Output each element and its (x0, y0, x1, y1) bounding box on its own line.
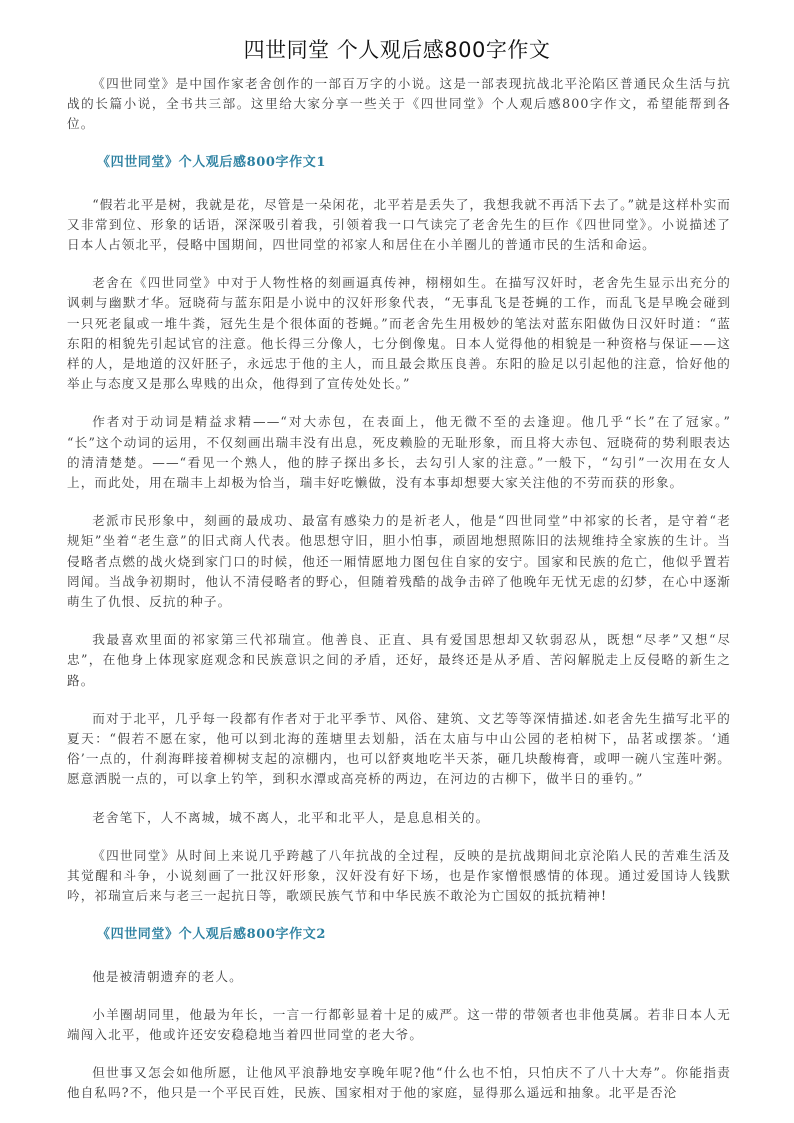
paragraph: 而对于北平，几乎每一段都有作者对于北平季节、风俗、建筑、文艺等等深情描述.如老舍… (67, 709, 731, 790)
document-body: 《四世同堂》是中国作家老舍创作的一部百万字的小说。这是一部表现抗战北平沦陷区普通… (67, 74, 731, 1122)
paragraph: 老派市民形象中，刻画的最成功、最富有感染力的是祈老人，他是“四世同堂”中祁家的长… (67, 511, 731, 612)
paragraph: 老舍笔下，人不离城，城不离人，北平和北平人，是息息相关的。 (67, 808, 731, 828)
intro-paragraph: 《四世同堂》是中国作家老舍创作的一部百万字的小说。这是一部表现抗战北平沦陷区普通… (67, 74, 731, 135)
paragraph: 他是被清朝遗弃的老人。 (67, 967, 731, 987)
paragraph: 老舍在《四世同堂》中对于人物性格的刻画逼真传神，栩栩如生。在描写汉奸时，老舍先生… (67, 273, 731, 394)
section-heading-1: 《四世同堂》个人观后感800字作文1 (97, 153, 731, 173)
paragraph: 但世事又怎会如他所愿，让他风平浪静地安享晚年呢?他“什么也不怕，只怕庆不了八十大… (67, 1063, 731, 1103)
paragraph: 我最喜欢里面的祁家第三代祁瑞宣。他善良、正直、具有爱国思想却又软弱忍从，既想“尽… (67, 630, 731, 691)
paragraph: 小羊圈胡同里，他最为年长，一言一行都彰显着十足的威严。这一带的带领者也非他莫属。… (67, 1005, 731, 1045)
paragraph: 作者对于动词是精益求精——“对大赤包，在表面上，他无微不至的去逢迎。他几乎“长”… (67, 412, 731, 493)
section-heading-2: 《四世同堂》个人观后感800字作文2 (97, 925, 731, 945)
paragraph: 《四世同堂》从时间上来说几乎跨越了八年抗战的全过程，反映的是抗战期间北京沦陷人民… (67, 846, 731, 907)
document-title: 四世同堂 个人观后感800字作文 (0, 34, 794, 64)
paragraph: “假若北平是树，我就是花，尽管是一朵闲花，北平若是丢失了，我想我就不再活下去了。… (67, 195, 731, 256)
document-page: 四世同堂 个人观后感800字作文 《四世同堂》是中国作家老舍创作的一部百万字的小… (0, 0, 794, 1123)
